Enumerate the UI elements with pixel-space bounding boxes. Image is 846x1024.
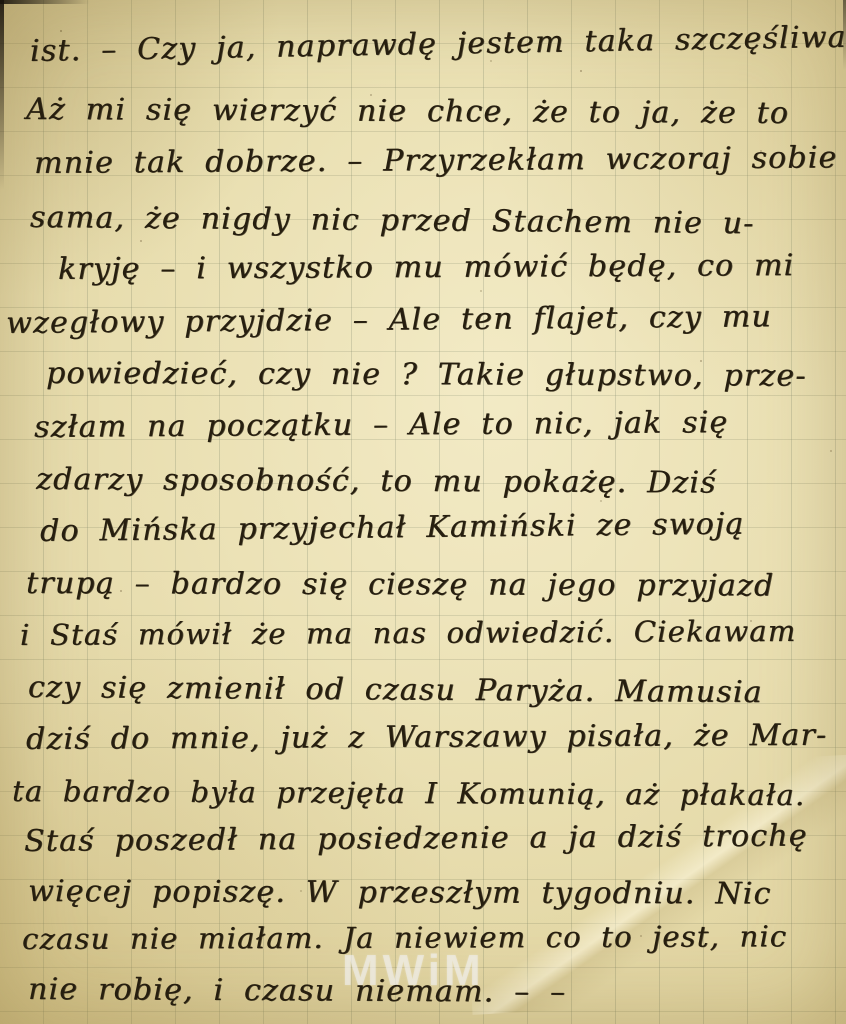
letter-page: MWiM ist. – Czy ja, naprawdę jestem taka… xyxy=(0,0,846,1024)
scan-edge-left xyxy=(0,0,4,190)
handwriting-line: nie robię, i czasu niemam. – – xyxy=(28,972,566,1010)
handwriting-line: czy się zmienił od czasu Paryża. Mamusia xyxy=(28,670,763,710)
paper-dust-specks xyxy=(60,30,62,32)
handwriting-line: zdarzy sposobność, to mu pokażę. Dziś xyxy=(36,462,717,501)
handwriting-line: czasu nie miałam. Ja niewiem co to jest,… xyxy=(22,919,787,956)
handwriting-line: więcej popiszę. W przeszłym tygodniu. Ni… xyxy=(28,874,772,912)
handwriting-line: trupą – bardzo się cieszę na jego przyja… xyxy=(26,566,774,604)
handwriting-line: wzegłowy przyjdzie – Ale ten flajet, czy… xyxy=(6,299,772,341)
scan-edge-top xyxy=(0,0,90,4)
handwriting-line: powiedzieć, czy nie ? Takie głupstwo, pr… xyxy=(46,356,807,394)
handwriting-line: sama, że nigdy nic przed Stachem nie u- xyxy=(30,200,755,241)
handwriting-line: mnie tak dobrze. – Przyrzekłam wczoraj s… xyxy=(34,140,838,181)
handwriting-line: do Mińska przyjechał Kamiński ze swoją xyxy=(40,507,745,549)
handwriting-line: Aż mi się wierzyć nie chce, że to ja, że… xyxy=(26,92,789,131)
handwriting-line: dziś do mnie, już z Warszawy pisała, że … xyxy=(26,718,827,757)
handwriting-line: Staś poszedł na posiedzenie a ja dziś tr… xyxy=(24,819,808,859)
handwriting-line: szłam na początku – Ale to nic, jak się xyxy=(34,405,729,445)
handwriting-line: ta bardzo była przejęta I Komunią, aż pł… xyxy=(12,774,805,812)
handwriting-line: i Staś mówił że ma nas odwiedzić. Ciekaw… xyxy=(20,614,797,652)
handwriting-line: kryję – i wszystko mu mówić będę, co mi xyxy=(58,248,795,287)
